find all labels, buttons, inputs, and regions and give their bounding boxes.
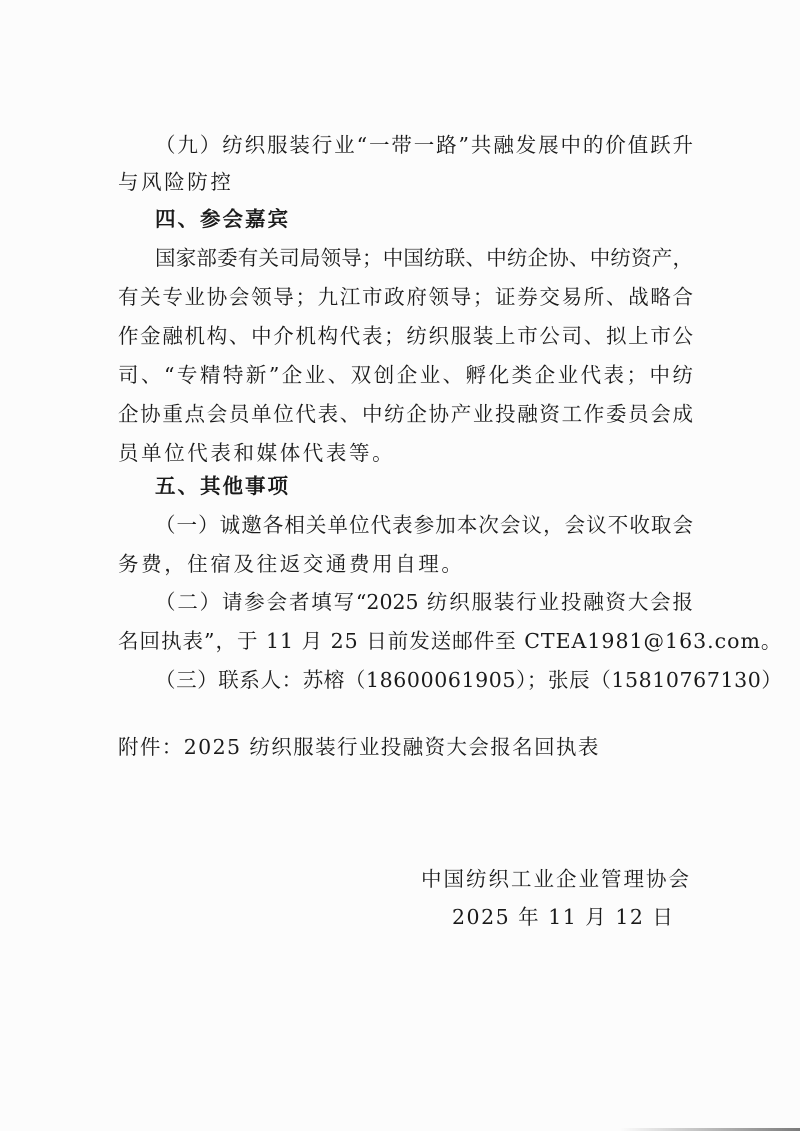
document-page: （九）纺织服装行业“一带一路”共融发展中的价值跃升 与风险防控 四、参会嘉宾 国… bbox=[0, 0, 800, 1131]
signature-organization: 中国纺织工业企业管理协会 bbox=[421, 865, 691, 893]
section-four-line: 司、“专精特新”企业、双创企业、孵化类企业代表；中纺 bbox=[118, 361, 693, 389]
section-four-line: 国家部委有关司局领导；中国纺联、中纺企协、中纺资产， bbox=[155, 244, 693, 272]
section-five-item3-contacts: （三）联系人：苏榕（18600061905）；张辰（15810767130） bbox=[155, 666, 730, 694]
section-five-item1-line1: （一）诚邀各相关单位代表参加本次会议，会议不收取会 bbox=[155, 511, 693, 539]
section-four-line: 企协重点会员单位代表、中纺企协产业投融资工作委员会成 bbox=[118, 400, 693, 428]
section-five-heading: 五、其他事项 bbox=[155, 472, 730, 500]
section-four-line: 作金融机构、中介机构代表；纺织服装上市公司、拟上市公 bbox=[118, 322, 693, 350]
item-nine-line1: （九）纺织服装行业“一带一路”共融发展中的价值跃升 bbox=[155, 131, 693, 159]
section-five-item2-line1: （二）请参会者填写“2025 纺织服装行业投融资大会报 bbox=[155, 588, 693, 616]
section-four-line: 有关专业协会领导；九江市政府领导；证券交易所、战略合 bbox=[118, 283, 693, 311]
section-five-item1-line2: 务费，住宿及往返交通费用自理。 bbox=[118, 550, 693, 578]
section-four-heading: 四、参会嘉宾 bbox=[155, 205, 730, 233]
item-nine-line2: 与风险防控 bbox=[118, 168, 693, 196]
attachment-line: 附件：2025 纺织服装行业投融资大会报名回执表 bbox=[118, 733, 693, 761]
signature-date: 2025 年 11 月 12 日 bbox=[452, 903, 674, 931]
section-five-item2-line2: 名回执表”，于 11 月 25 日前发送邮件至 CTEA1981@163.com… bbox=[118, 627, 693, 655]
section-four-line: 员单位代表和媒体代表等。 bbox=[118, 439, 693, 467]
